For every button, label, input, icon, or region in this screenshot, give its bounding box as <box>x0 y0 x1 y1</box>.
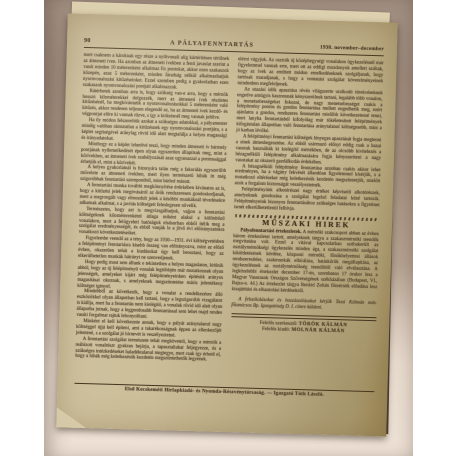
paragraph: Mindebből az következik, hogy a vonalat … <box>76 289 222 323</box>
publisher-label: Felelős kiadó: <box>262 327 290 333</box>
paragraph: Természetes, hogy azt is megvizsgálhatju… <box>79 207 225 241</box>
news-body: A mérnöki szakcsoport abban az évben hár… <box>232 230 379 294</box>
paragraph: A felépítményi fenntartási költségek lén… <box>235 134 381 168</box>
issue-date: 1938. november–december <box>294 44 384 53</box>
section-heading: MŰSZAKI HIREK <box>234 219 380 229</box>
editor-label: Felelős szerkesztő: <box>260 321 298 327</box>
right-column-top: elérni vágyjuk. Az osztrák új középhegys… <box>234 57 384 215</box>
paragraph: Felépítményünk alkotórészei nagy értéket… <box>234 187 380 215</box>
paragraph: Rátérhetek azonban arra is, hogy szükség… <box>82 89 228 123</box>
right-column: elérni vágyjuk. Az osztrák új középhegys… <box>230 57 383 337</box>
publisher-name: MOLNÁR KÁLMÁN <box>291 328 344 334</box>
news-paragraph: Pályafenntartási értekezletek. A mérnöki… <box>232 228 379 297</box>
left-column: mert csaknem a károknak egy része a nyíl… <box>75 53 229 364</box>
paragraph: elérni vágyjuk. Az osztrák új középhegys… <box>237 57 383 91</box>
paragraph: Az utazási idők apasztása révén világsze… <box>236 87 383 138</box>
page-content: 90 A PÁLYAFENNTARTÁS 1938. november–dece… <box>56 13 397 436</box>
paragraph: mert csaknem a károknak egy része a nyíl… <box>83 53 229 92</box>
photo-background: 90 A PÁLYAFENNTARTÁS 1938. november–dece… <box>44 0 413 456</box>
page-number: 90 <box>84 38 130 45</box>
editor-name: TÖRÖK KÁLMÁN <box>299 322 348 328</box>
notice-paragraph: A felszólalásokat és hozzászólásokat kér… <box>231 297 377 313</box>
text-columns: mert csaknem a károknak egy része a nyíl… <box>75 53 384 387</box>
magazine-page: 90 A PÁLYAFENNTARTÁS 1938. november–dece… <box>56 13 397 436</box>
paragraph: A fenntartási szolgálat természete tehát… <box>75 337 221 365</box>
paragraph: Hogy pedig most sem állunk e tekintetben… <box>77 260 223 294</box>
